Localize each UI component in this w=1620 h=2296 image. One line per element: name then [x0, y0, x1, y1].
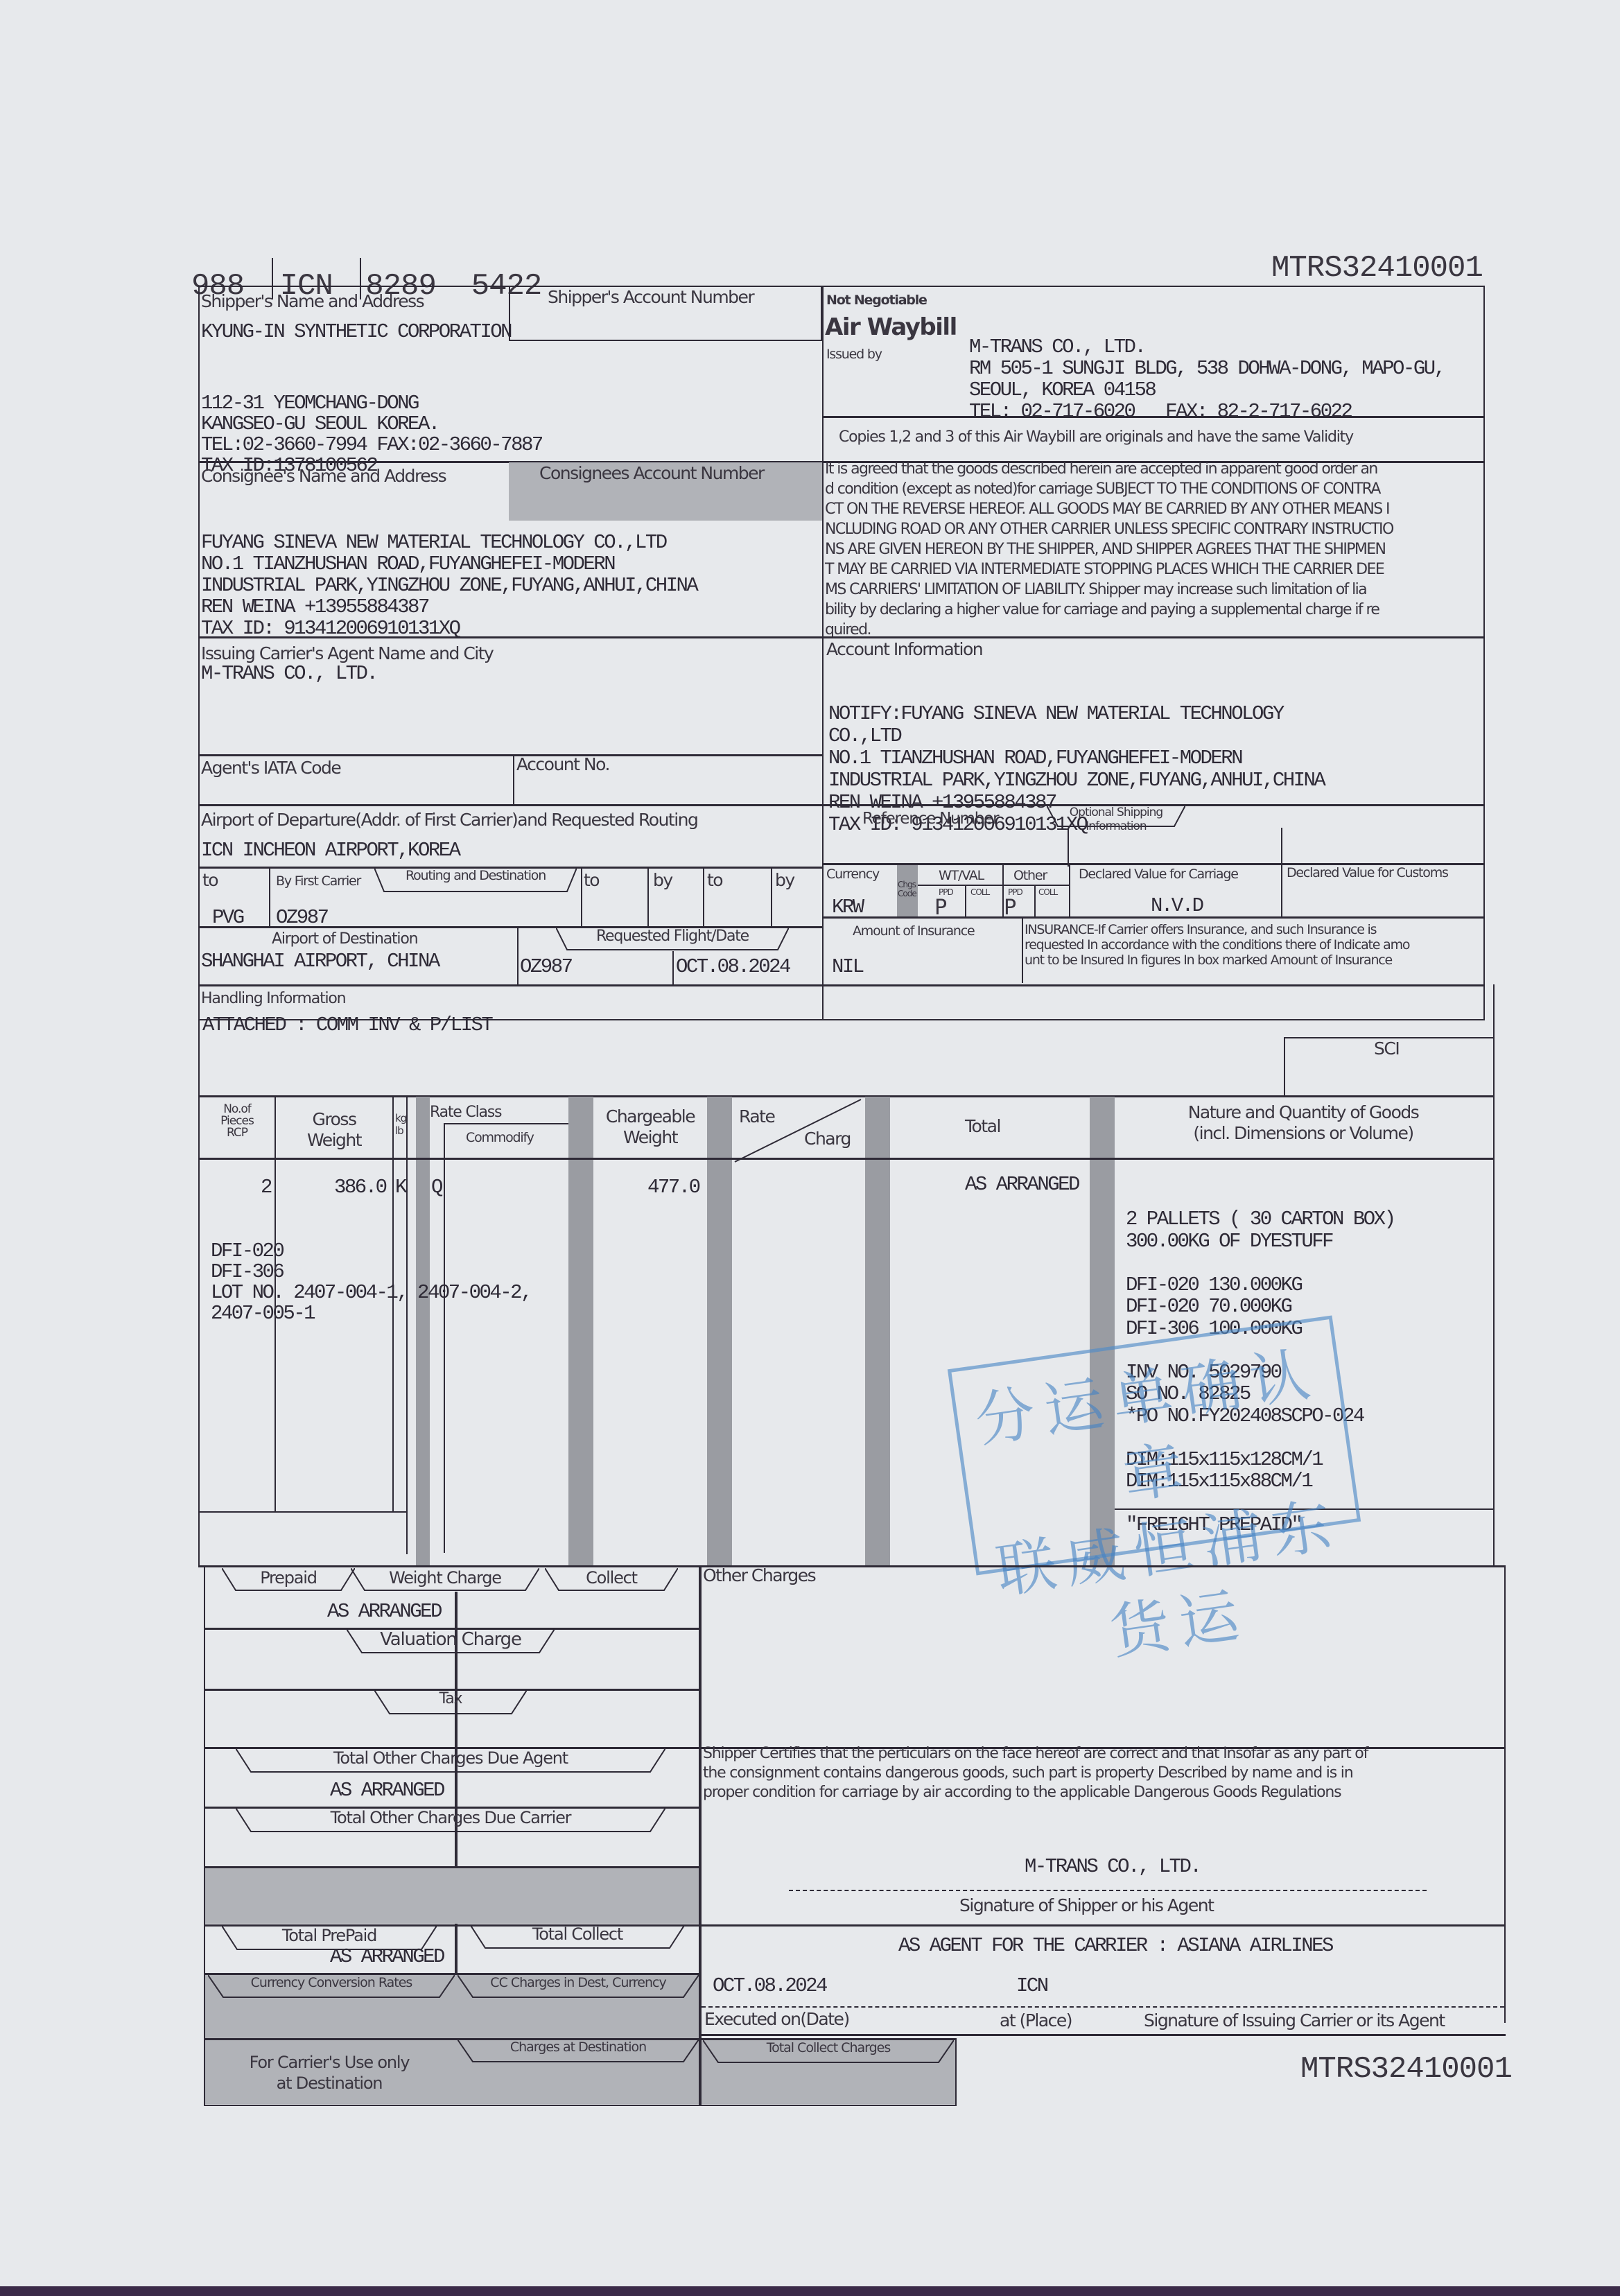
insurance-value: NIL: [832, 955, 863, 978]
chargeable-weight-value: 477.0: [647, 1176, 699, 1199]
issuer-address: M-TRANS CO., LTD.RM 505-1 SUNGJI BLDG, 5…: [969, 293, 1445, 444]
commodity-header: Commodify: [466, 1130, 534, 1145]
departure-label: Airport of Departure(Addr. of First Carr…: [201, 810, 697, 830]
flight-date: OCT.08.2024: [676, 955, 790, 978]
currency-conversion-tab: Currency Conversion Rates: [208, 1975, 455, 1999]
air-waybill-title: Air Waybill: [825, 313, 957, 341]
handling-label: Handling Information: [201, 990, 345, 1007]
total-value: AS ARRANGED: [965, 1173, 1079, 1196]
agent-name: M-TRANS CO., LTD.: [201, 662, 376, 685]
copies-note: Copies 1,2 and 3 of this Air Waybill are…: [839, 428, 1353, 446]
executed-place: ICN: [1016, 1974, 1047, 1997]
by-label-1: by: [653, 870, 672, 890]
carrier-signature-label: Signature of Issuing Carrier or its Agen…: [1144, 2010, 1445, 2030]
insurance-label: Amount of Insurance: [853, 923, 974, 939]
weight-charge-prepaid: AS ARRANGED: [327, 1600, 441, 1623]
sci-label: SCI: [1374, 1038, 1399, 1059]
unit-value: K: [395, 1176, 406, 1199]
due-agent-prepaid: AS ARRANGED: [330, 1779, 444, 1802]
weight-charge-tab: Weight Charge: [351, 1568, 539, 1592]
total-collect-charges-tab: Total Collect Charges: [703, 2040, 954, 2064]
hawb-number-top: MTRS32410001: [1271, 251, 1483, 286]
account-no-label: Account No.: [516, 754, 609, 774]
nature-header: Nature and Quantity of Goods(incl. Dimen…: [1116, 1102, 1490, 1144]
shipper-name: KYUNG-IN SYNTHETIC CORPORATION: [201, 320, 511, 343]
requested-flight-tab: Requested Flight/Date: [556, 928, 789, 951]
consignee-address: FUYANG SINEVA NEW MATERIAL TECHNOLOGY CO…: [201, 489, 697, 661]
by-first-carrier-label: By First Carrier: [276, 873, 360, 889]
valuation-charge-tab: Valuation Charge: [347, 1629, 555, 1654]
agent-label: Issuing Carrier's Agent Name and City: [201, 643, 493, 663]
wtval-coll-label: COLL: [970, 887, 989, 897]
declared-customs-label: Declared Value for Customs: [1287, 865, 1448, 880]
shipper-signature: M-TRANS CO., LTD.: [1025, 1855, 1200, 1878]
flight-number: OZ987: [520, 955, 572, 978]
chgs-code-label: Chgs Code: [898, 880, 917, 898]
other-charges-label: Other Charges: [703, 1565, 815, 1585]
routing-destination-tab: Routing and Destination: [374, 868, 577, 893]
shipper-signature-label: Signature of Shipper or his Agent: [959, 1895, 1213, 1915]
shipper-label: Shipper's Name and Address: [201, 291, 424, 311]
to-label-2: to: [584, 870, 599, 890]
wtval-label: WT/VAL: [939, 868, 984, 883]
total-prepaid-value: AS ARRANGED: [330, 1945, 444, 1968]
due-carrier-tab: Total Other Charges Due Carrier: [236, 1808, 665, 1833]
charge-header: Charg: [804, 1129, 851, 1149]
destination-airport: SHANGHAI AIRPORT, CHINA: [201, 950, 439, 973]
consignee-account-label: Consignees Account Number: [539, 463, 764, 483]
gross-weight-header: GrossWeight: [279, 1109, 390, 1151]
consignee-label: Consignee's Name and Address: [201, 466, 446, 486]
prepaid-tab: Prepaid: [222, 1568, 355, 1592]
currency-label: Currency: [826, 867, 879, 882]
tax-tab: Tax: [374, 1690, 527, 1715]
cc-charges-tab: CC Charges in Dest, Currency: [458, 1975, 699, 1999]
rate-class-value: Q: [431, 1176, 442, 1199]
account-info: NOTIFY:FUYANG SINEVA NEW MATERIAL TECHNO…: [828, 659, 1324, 858]
total-header: Total: [965, 1116, 1000, 1136]
not-negotiable-label: Not Negotiable: [826, 293, 927, 308]
shipper-certification: Shipper Certifies that the perticulars o…: [703, 1744, 1368, 1802]
pieces-header: No.ofPiecesRCP: [205, 1104, 269, 1139]
kglb-header: kglb: [395, 1112, 406, 1137]
shipper-account-label: Shipper's Account Number: [548, 287, 754, 307]
total-collect-tab: Total Collect: [470, 1924, 685, 1949]
account-info-label: Account Information: [826, 639, 982, 659]
charges-destination-tab: Charges at Destination: [458, 2040, 699, 2063]
optional-shipping-tab: Optional Shipping Information: [1047, 806, 1185, 828]
destination-label: Airport of Destination: [272, 930, 417, 948]
insurance-note: INSURANCE-If Carrier offers Insurance, a…: [1025, 922, 1409, 968]
other-coll-label: COLL: [1038, 887, 1057, 897]
hawb-number-bottom: MTRS32410001: [1300, 2052, 1512, 2087]
pieces-value: 2: [261, 1176, 271, 1199]
carrier-use-label: For Carrier's Use onlyat Destination: [208, 2052, 451, 2094]
marks-lines: DFI-020DFI-306LOT NO. 2407-004-1, 2407-0…: [211, 1199, 531, 1345]
declared-carriage-value: N.V.D: [1151, 894, 1203, 917]
executed-date: OCT.08.2024: [713, 1974, 826, 1997]
declared-carriage-label: Declared Value for Carriage: [1079, 867, 1238, 882]
reference-number-label: Reference Number: [862, 810, 998, 828]
due-agent-tab: Total Other Charges Due Agent: [236, 1748, 665, 1773]
carrier-agent: AS AGENT FOR THE CARRIER : ASIANA AIRLIN…: [898, 1934, 1332, 1957]
to-label: to: [202, 870, 218, 890]
to-label-3: to: [707, 870, 722, 890]
currency-value: KRW: [832, 896, 863, 919]
handling-value: ATTACHED : COMM INV & P/LIST: [202, 1014, 491, 1036]
collect-tab: Collect: [545, 1568, 678, 1592]
chargeable-weight-header: ChargeableWeight: [595, 1106, 706, 1148]
agent-iata-label: Agent's IATA Code: [201, 758, 340, 778]
issued-by-label: Issued by: [826, 347, 882, 362]
gross-weight-value: 386.0: [334, 1176, 386, 1199]
rate-class-header: Rate Class: [430, 1104, 501, 1121]
other-label: Other: [1013, 868, 1047, 883]
by-label-2: by: [775, 870, 794, 890]
place-label: at (Place): [1000, 2010, 1072, 2030]
departure-airport: ICN INCHEON AIRPORT,KOREA: [201, 839, 460, 862]
scan-edge: [0, 2286, 1620, 2296]
conditions-of-contract: It is agreed that the goods described he…: [825, 459, 1483, 640]
executed-date-label: Executed on(Date): [704, 2009, 849, 2029]
